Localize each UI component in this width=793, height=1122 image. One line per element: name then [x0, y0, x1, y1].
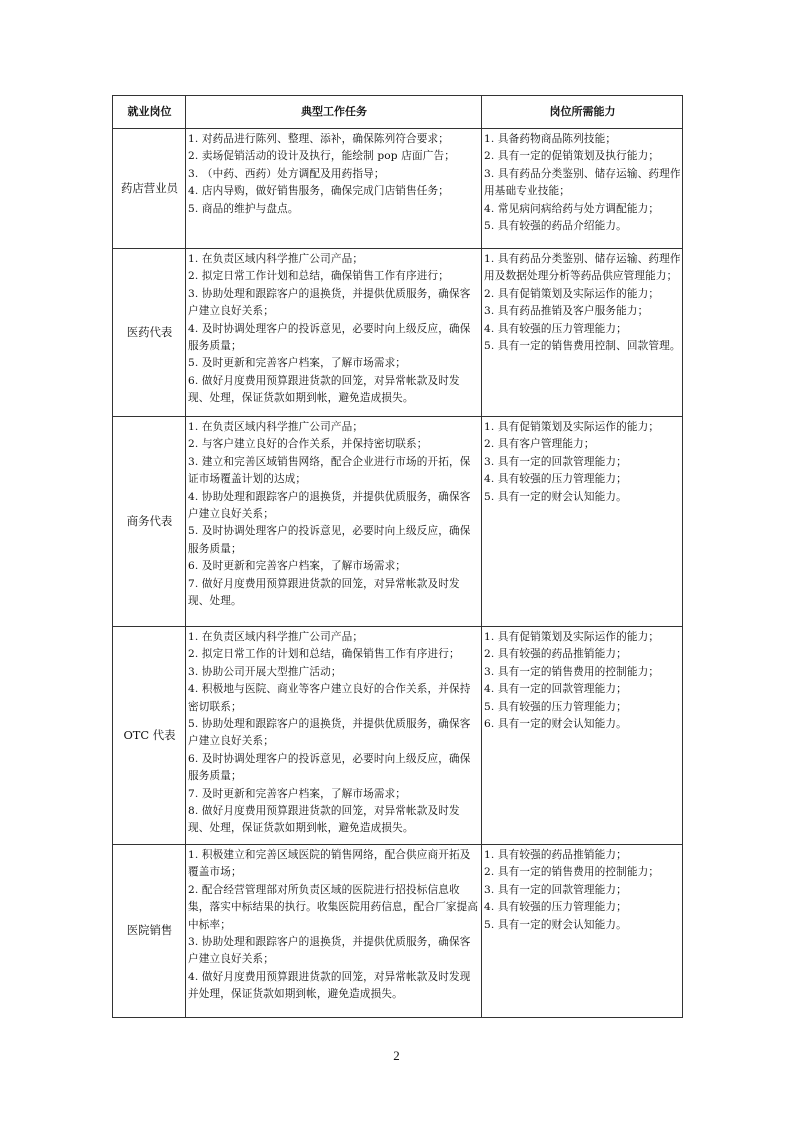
task-item: 4. 及时协调处理客户的投诉意见，必要时向上级反应，确保服务质量； [188, 321, 480, 356]
task-item: 1. 在负责区域内科学推广公司产品； [188, 251, 480, 268]
task-item: 2. 拟定日常工作的计划和总结，确保销售工作有序进行； [188, 646, 480, 663]
task-item: 3. 建立和完善区域销售网络，配合企业进行市场的开拓，保证市场覆盖计划的达成； [188, 454, 480, 489]
document-page: 就业岗位 典型工作任务 岗位所需能力 药店营业员 1. 对药品进行陈列、整理、添… [0, 0, 793, 1122]
task-item: 4. 店内导购，做好销售服务，确保完成门店销售任务； [188, 183, 480, 200]
abilities-cell: 1. 具有较强的药品推销能力； 2. 具有一定的销售费用的控制能力； 3. 具有… [482, 845, 683, 1018]
task-item: 7. 及时更新和完善客户档案，了解市场需求； [188, 786, 480, 803]
table-row: 医药代表 1. 在负责区域内科学推广公司产品； 2. 拟定日常工作计划和总结，确… [113, 249, 683, 417]
ability-item: 5. 具有一定的销售费用控制、回款管理。 [484, 338, 681, 355]
ability-item: 5. 具有较强的压力管理能力； [484, 699, 681, 716]
task-item: 2. 卖场促销活动的设计及执行，能绘制 pop 店面广告； [188, 148, 480, 165]
header-abilities: 岗位所需能力 [482, 96, 683, 129]
task-item: 3. 协助公司开展大型推广活动； [188, 664, 480, 681]
table-header-row: 就业岗位 典型工作任务 岗位所需能力 [113, 96, 683, 129]
abilities-cell: 1. 具有促销策划及实际运作的能力； 2. 具有客户管理能力； 3. 具有一定的… [482, 417, 683, 627]
position-cell: 医药代表 [113, 249, 186, 417]
ability-item: 6. 具有一定的财会认知能力。 [484, 716, 681, 733]
ability-item: 3. 具有药品分类鉴别、储存运输、药理作用基础专业技能； [484, 166, 681, 201]
table-row: 商务代表 1. 在负责区域内科学推广公司产品； 2. 与客户建立良好的合作关系，… [113, 417, 683, 627]
task-item: 5. 及时更新和完善客户档案，了解市场需求； [188, 355, 480, 372]
task-item: 2. 与客户建立良好的合作关系，并保持密切联系； [188, 436, 480, 453]
task-item: 4. 做好月度费用预算跟进货款的回笼，对异常帐款及时发现并处理，保证货款如期到帐… [188, 969, 480, 1004]
tasks-cell: 1. 在负责区域内科学推广公司产品； 2. 拟定日常工作的计划和总结，确保销售工… [186, 627, 482, 845]
tasks-cell: 1. 在负责区域内科学推广公司产品； 2. 与客户建立良好的合作关系，并保持密切… [186, 417, 482, 627]
task-item: 2. 配合经营管理部对所负责区域的医院进行招投标信息收集，落实中标结果的执行。收… [188, 882, 480, 934]
ability-item: 4. 具有较强的压力管理能力； [484, 471, 681, 488]
ability-item: 4. 具有较强的压力管理能力； [484, 321, 681, 338]
page-number: 2 [0, 1048, 793, 1064]
task-item: 1. 在负责区域内科学推广公司产品； [188, 419, 480, 436]
ability-item: 2. 具有一定的促销策划及执行能力； [484, 148, 681, 165]
tasks-cell: 1. 在负责区域内科学推广公司产品； 2. 拟定日常工作计划和总结，确保销售工作… [186, 249, 482, 417]
ability-item: 5. 具有较强的药品介绍能力。 [484, 218, 681, 235]
table-row: 药店营业员 1. 对药品进行陈列、整理、添补，确保陈列符合要求； 2. 卖场促销… [113, 129, 683, 249]
task-item: 5. 及时协调处理客户的投诉意见，必要时向上级反应，确保服务质量； [188, 523, 480, 558]
position-cell: 商务代表 [113, 417, 186, 627]
task-item: 6. 及时更新和完善客户档案，了解市场需求； [188, 558, 480, 575]
table-row: OTC 代表 1. 在负责区域内科学推广公司产品； 2. 拟定日常工作的计划和总… [113, 627, 683, 845]
task-item: 3. （中药、西药）处方调配及用药指导； [188, 166, 480, 183]
ability-item: 1. 具有药品分类鉴别、储存运输、药理作用及数据处理分析等药品供应管理能力； [484, 251, 681, 286]
task-item: 1. 积极建立和完善区域医院的销售网络，配合供应商开拓及覆盖市场； [188, 847, 480, 882]
ability-item: 1. 具有促销策划及实际运作的能力； [484, 419, 681, 436]
position-cell: OTC 代表 [113, 627, 186, 845]
ability-item: 4. 具有一定的回款管理能力； [484, 681, 681, 698]
task-item: 5. 商品的维护与盘点。 [188, 201, 480, 218]
tasks-cell: 1. 对药品进行陈列、整理、添补，确保陈列符合要求； 2. 卖场促销活动的设计及… [186, 129, 482, 249]
ability-item: 1. 具有较强的药品推销能力； [484, 847, 681, 864]
task-item: 3. 协助处理和跟踪客户的退换货，并提供优质服务，确保客户建立良好关系； [188, 934, 480, 969]
ability-item: 3. 具有一定的回款管理能力； [484, 882, 681, 899]
task-item: 5. 协助处理和跟踪客户的退换货，并提供优质服务，确保客户建立良好关系； [188, 716, 480, 751]
task-item: 6. 做好月度费用预算跟进货款的回笼，对异常帐款及时发现、处理，保证货款如期到帐… [188, 373, 480, 408]
ability-item: 2. 具有较强的药品推销能力； [484, 646, 681, 663]
task-item: 4. 积极地与医院、商业等客户建立良好的合作关系，并保持密切联系； [188, 681, 480, 716]
ability-item: 1. 具有促销策划及实际运作的能力； [484, 629, 681, 646]
task-item: 7. 做好月度费用预算跟进货款的回笼，对异常帐款及时发现、处理。 [188, 576, 480, 611]
header-position: 就业岗位 [113, 96, 186, 129]
task-item: 2. 拟定日常工作计划和总结，确保销售工作有序进行； [188, 268, 480, 285]
ability-item: 2. 具有客户管理能力； [484, 436, 681, 453]
ability-item: 5. 具有一定的财会认知能力。 [484, 489, 681, 506]
ability-item: 2. 具有一定的销售费用的控制能力； [484, 864, 681, 881]
position-cell: 医院销售 [113, 845, 186, 1018]
ability-item: 3. 具有药品推销及客户服务能力； [484, 303, 681, 320]
ability-item: 2. 具有促销策划及实际运作的能力； [484, 286, 681, 303]
abilities-cell: 1. 具有药品分类鉴别、储存运输、药理作用及数据处理分析等药品供应管理能力； 2… [482, 249, 683, 417]
table-row: 医院销售 1. 积极建立和完善区域医院的销售网络，配合供应商开拓及覆盖市场； 2… [113, 845, 683, 1018]
task-item: 4. 协助处理和跟踪客户的退换货，并提供优质服务，确保客户建立良好关系； [188, 489, 480, 524]
task-item: 8. 做好月度费用预算跟进货款的回笼，对异常帐款及时发现、处理，保证货款如期到帐… [188, 803, 480, 838]
task-item: 1. 在负责区域内科学推广公司产品； [188, 629, 480, 646]
ability-item: 4. 常见病问病给药与处方调配能力； [484, 201, 681, 218]
abilities-cell: 1. 具有促销策划及实际运作的能力； 2. 具有较强的药品推销能力； 3. 具有… [482, 627, 683, 845]
position-cell: 药店营业员 [113, 129, 186, 249]
ability-item: 5. 具有一定的财会认知能力。 [484, 917, 681, 934]
header-tasks: 典型工作任务 [186, 96, 482, 129]
ability-item: 4. 具有较强的压力管理能力； [484, 899, 681, 916]
task-item: 6. 及时协调处理客户的投诉意见，必要时向上级反应，确保服务质量； [188, 751, 480, 786]
ability-item: 1. 具备药物商品陈列技能； [484, 131, 681, 148]
abilities-cell: 1. 具备药物商品陈列技能； 2. 具有一定的促销策划及执行能力； 3. 具有药… [482, 129, 683, 249]
task-item: 1. 对药品进行陈列、整理、添补，确保陈列符合要求； [188, 131, 480, 148]
tasks-cell: 1. 积极建立和完善区域医院的销售网络，配合供应商开拓及覆盖市场； 2. 配合经… [186, 845, 482, 1018]
job-positions-table: 就业岗位 典型工作任务 岗位所需能力 药店营业员 1. 对药品进行陈列、整理、添… [112, 95, 683, 1018]
ability-item: 3. 具有一定的销售费用的控制能力； [484, 664, 681, 681]
task-item: 3. 协助处理和跟踪客户的退换货，并提供优质服务，确保客户建立良好关系； [188, 286, 480, 321]
ability-item: 3. 具有一定的回款管理能力； [484, 454, 681, 471]
